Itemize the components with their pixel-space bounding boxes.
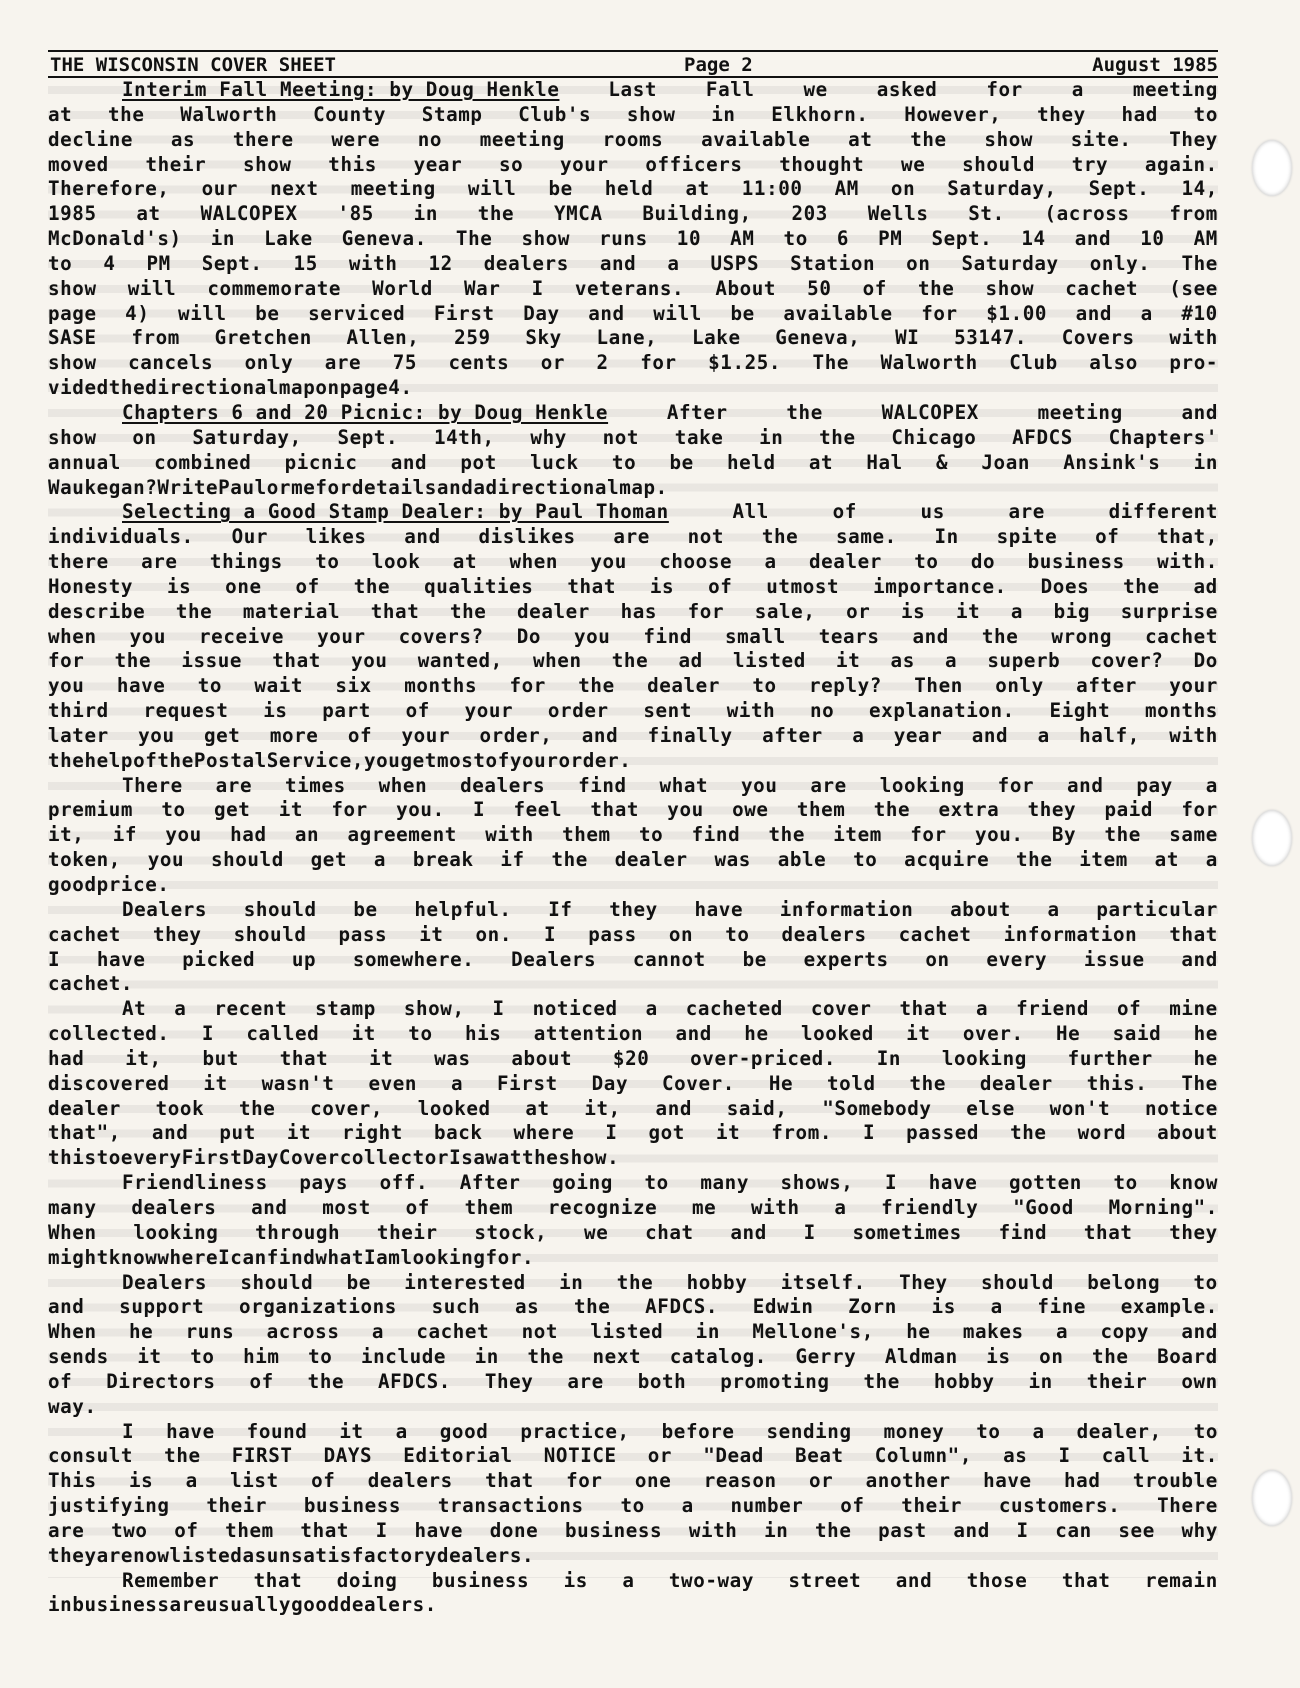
text-line: annualcombinedpicnicandpotlucktobeheldat… — [48, 451, 1218, 476]
newsletter-title: THE WISCONSIN COVER SHEET — [50, 54, 336, 76]
text-line: Whenlookingthroughtheirstock,wechatandIs… — [48, 1221, 1218, 1246]
text-line: this to every First Day Cover collector … — [48, 1146, 1218, 1171]
text-line: declineastherewerenomeetingroomsavailabl… — [48, 128, 1218, 153]
text-line: good price. — [48, 873, 1218, 898]
text-line: dealertookthecover,lookedatit,andsaid,"S… — [48, 1097, 1218, 1122]
section-heading: Chapters 6 and 20 Picnic: by Doug Henkle — [122, 401, 608, 426]
text-line: individuals.Ourlikesanddislikesarenotthe… — [48, 525, 1218, 550]
binder-hole — [1252, 1470, 1292, 1526]
text-line: hadit,butthatitwasabout$20over-priced.In… — [48, 1047, 1218, 1072]
text-line: thirdrequestispartofyourordersentwithnoe… — [48, 699, 1218, 724]
text-line: andsupportorganizationssuchastheAFDCS.Ed… — [48, 1295, 1218, 1320]
article-body: Interim Fall Meeting: by Doug HenkleLast… — [48, 78, 1218, 1618]
text-line: manydealersandmostofthemrecognizemewitha… — [48, 1196, 1218, 1221]
text-line: they are now listed as unsatisfactory de… — [48, 1544, 1218, 1569]
newsletter-header: THE WISCONSIN COVER SHEET Page 2 August … — [48, 54, 1218, 78]
text-line: WhenherunsacrossacachetnotlistedinMellon… — [48, 1320, 1218, 1345]
section-heading: Interim Fall Meeting: by Doug Henkle — [122, 78, 559, 103]
section-heading-line: Selecting a Good Stamp Dealer: by Paul T… — [48, 500, 1218, 525]
text-line: Dealersshouldbeinterestedinthehobbyitsel… — [48, 1271, 1218, 1296]
issue-date: August 1985 — [1092, 54, 1218, 76]
text-line: cachet. — [48, 972, 1218, 997]
text-line: fortheissuethatyouwanted,whentheadlisted… — [48, 649, 1218, 674]
text-line: vided the directional map on page 4. — [48, 376, 1218, 401]
text-line: 1985atWALCOPEX'85intheYMCABuilding,203We… — [48, 202, 1218, 227]
text-line: lateryougetmoreofyourorder,andfinallyaft… — [48, 724, 1218, 749]
text-line: page4)willbeservicedFirstDayandwillbeava… — [48, 302, 1218, 327]
text-line: aretwoofthemthatIhavedonebusinesswithint… — [48, 1519, 1218, 1544]
text-line: youhavetowaitsixmonthsforthedealertorepl… — [48, 674, 1218, 699]
text-line: premiumtogetitforyou.Ifeelthatyouowethem… — [48, 798, 1218, 823]
binder-hole — [1252, 140, 1292, 196]
text-line: collected.Icalledittohisattentionandhelo… — [48, 1022, 1218, 1047]
text-line: Friendlinesspaysoff.Aftergoingtomanyshow… — [48, 1171, 1218, 1196]
text-line: showcancelsonlyare75centsor2for$1.25.The… — [48, 351, 1218, 376]
text-line: Waukegan? Write Paul or me for details a… — [48, 476, 1218, 501]
text-line: Therefore,ournextmeetingwillbeheldat11:0… — [48, 177, 1218, 202]
text-line: movedtheirshowthisyearsoyourofficersthou… — [48, 153, 1218, 178]
text-line: SASEfromGretchenAllen,259SkyLane,LakeGen… — [48, 326, 1218, 351]
text-line: Therearetimeswhendealersfindwhatyouarelo… — [48, 774, 1218, 799]
page-number: Page 2 — [684, 54, 753, 76]
text-line: it,ifyouhadanagreementwiththemtofindthei… — [48, 823, 1218, 848]
text-line: in business are usually good dealers. — [48, 1593, 1218, 1618]
text-line: McDonald's)inLakeGeneva.Theshowruns10AMt… — [48, 227, 1218, 252]
text-line: way. — [48, 1395, 1218, 1420]
text-line: that",andputitrightbackwhereIgotitfrom.I… — [48, 1121, 1218, 1146]
section-heading-line: Chapters 6 and 20 Picnic: by Doug Henkle… — [48, 401, 1218, 426]
text-line: to4PMSept.15with12dealersandaUSPSStation… — [48, 252, 1218, 277]
text-line: therearethingstolookatwhenyouchooseadeal… — [48, 550, 1218, 575]
binder-hole — [1252, 810, 1292, 866]
text-line: showonSaturday,Sept.14th,whynottakeinthe… — [48, 426, 1218, 451]
text-line: sendsittohimtoincludeinthenextcatalog.Ge… — [48, 1345, 1218, 1370]
text-line: Ihavepickedupsomewhere.Dealerscannotbeex… — [48, 948, 1218, 973]
section-heading: Selecting a Good Stamp Dealer: by Paul T… — [122, 500, 669, 525]
text-line: showwillcommemorateWorldWarIveterans.Abo… — [48, 277, 1218, 302]
text-line: the help of the Postal Service, you get … — [48, 749, 1218, 774]
header-top-rule — [48, 50, 1218, 52]
text-line: describethematerialthatthedealerhasforsa… — [48, 600, 1218, 625]
text-line: might know where I can find what I am lo… — [48, 1246, 1218, 1271]
text-line: Honestyisoneofthequalitiesthatisofutmost… — [48, 575, 1218, 600]
text-line: token,youshouldgetabreakifthedealerwasab… — [48, 848, 1218, 873]
text-line: whenyoureceiveyourcovers?Doyoufindsmallt… — [48, 625, 1218, 650]
text-line: Rememberthatdoingbusinessisatwo-waystree… — [48, 1569, 1218, 1594]
text-line: consulttheFIRSTDAYSEditorialNOTICEor"Dea… — [48, 1444, 1218, 1469]
text-line: ofDirectorsoftheAFDCS.Theyarebothpromoti… — [48, 1370, 1218, 1395]
text-line: cachettheyshouldpassiton.Ipassontodealer… — [48, 923, 1218, 948]
text-line: Dealersshouldbehelpful.Iftheyhaveinforma… — [48, 898, 1218, 923]
text-line: attheWalworthCountyStampClub'sshowinElkh… — [48, 103, 1218, 128]
text-line: Atarecentstampshow,Inoticedacachetedcove… — [48, 997, 1218, 1022]
text-line: Thisisalistofdealersthatforonereasonoran… — [48, 1469, 1218, 1494]
section-heading-line: Interim Fall Meeting: by Doug HenkleLast… — [48, 78, 1218, 103]
text-line: justifyingtheirbusinesstransactionstoanu… — [48, 1494, 1218, 1519]
text-line: discovereditwasn'tevenaFirstDayCover.Het… — [48, 1072, 1218, 1097]
text-line: Ihavefounditagoodpractice,beforesendingm… — [48, 1420, 1218, 1445]
